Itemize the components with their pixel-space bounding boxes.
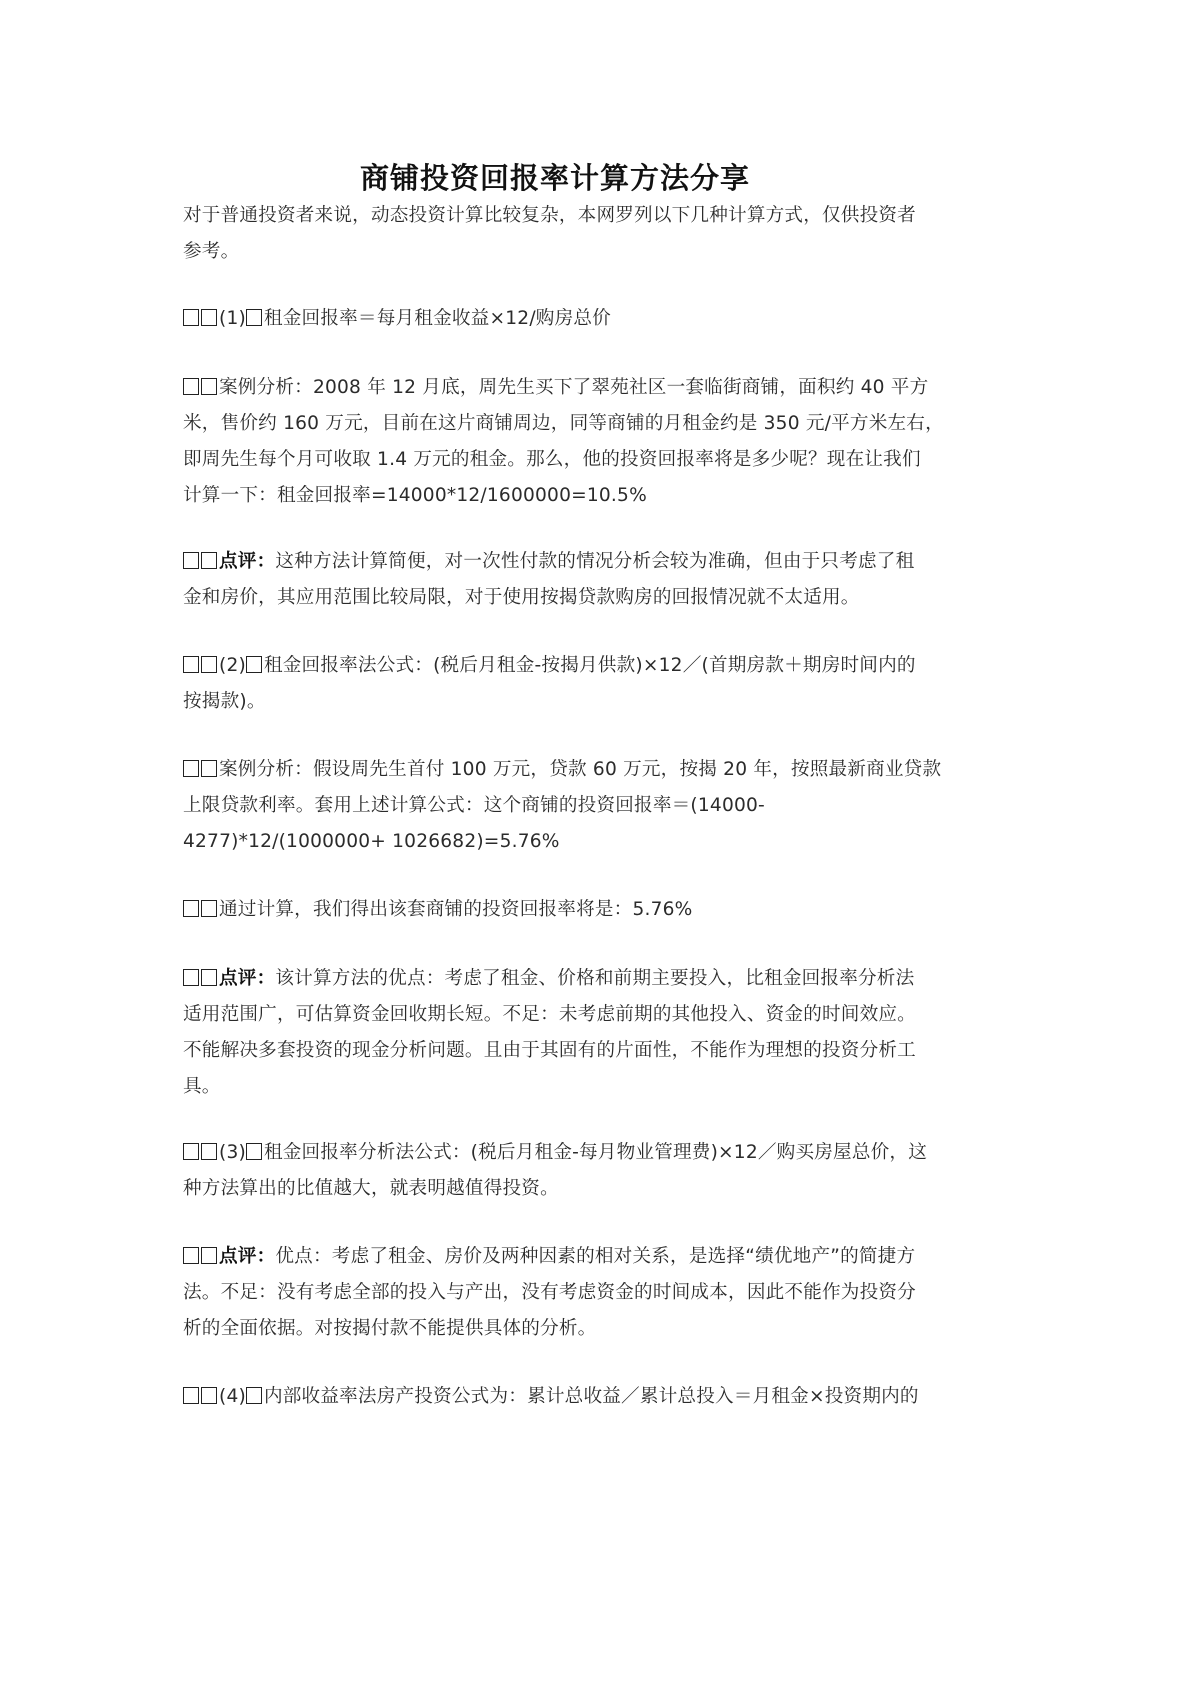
missing-glyph-box	[183, 656, 199, 673]
missing-glyph-box	[246, 656, 262, 673]
text-line: 该计算方法的优点：考虑了租金、价格和前期主要投入，比租金回报率分析法	[275, 968, 914, 989]
missing-glyph-box	[183, 969, 199, 986]
document-page: 商铺投资回报率计算方法分享 对于普通投资者来说，动态投资计算比较复杂，本网罗列以…	[0, 0, 1200, 1697]
text-line: 即周先生每个月可收取 1.4 万元的租金。那么，他的投资回报率将是多少呢？现在让…	[183, 442, 1028, 478]
text-line: 具。	[183, 1069, 1028, 1105]
missing-glyph-box	[201, 552, 217, 569]
section-label: (2)	[219, 655, 246, 676]
missing-glyph-box	[201, 309, 217, 326]
missing-glyph-box	[183, 552, 199, 569]
text-line: 租金回报率法公式：(税后月租金-按揭月供款)×12／(首期房款＋期房时间内的	[264, 655, 916, 676]
missing-glyph-box	[183, 760, 199, 777]
method-4-formula: (4)内部收益率法房产投资公式为：累计总收益／累计总投入＝月租金×投资期内的	[183, 1379, 1028, 1415]
missing-glyph-box	[183, 900, 199, 917]
text-line: 对于普通投资者来说，动态投资计算比较复杂，本网罗列以下几种计算方式，仅供投资者	[183, 198, 1028, 234]
missing-glyph-box	[201, 1387, 217, 1404]
section-label: (1)	[219, 308, 246, 329]
missing-glyph-box	[201, 1247, 217, 1264]
missing-glyph-box	[246, 309, 262, 326]
missing-glyph-box	[183, 1247, 199, 1264]
review-label: 点评：	[219, 551, 275, 572]
method-2-review: 点评：该计算方法的优点：考虑了租金、价格和前期主要投入，比租金回报率分析法 适用…	[183, 961, 1028, 1105]
missing-glyph-box	[183, 378, 199, 395]
missing-glyph-box	[201, 900, 217, 917]
text-line: 种方法算出的比值越大，就表明越值得投资。	[183, 1171, 1028, 1207]
text-line: 租金回报率分析法公式：(税后月租金-每月物业管理费)×12／购买房屋总价，这	[264, 1142, 927, 1163]
text-line: 析的全面依据。对按揭付款不能提供具体的分析。	[183, 1311, 1028, 1347]
document-title: 商铺投资回报率计算方法分享	[0, 156, 1110, 197]
missing-glyph-box	[246, 1387, 262, 1404]
missing-glyph-box	[201, 969, 217, 986]
text-line: 优点：考虑了租金、房价及两种因素的相对关系，是选择“绩优地产”的简捷方	[275, 1246, 915, 1267]
text-line: 通过计算，我们得出该套商铺的投资回报率将是：5.76%	[219, 899, 693, 920]
method-1-formula: (1)租金回报率＝每月租金收益×12/购房总价	[183, 301, 1028, 337]
text-line: 按揭款)。	[183, 684, 1028, 720]
text-line: 不能解决多套投资的现金分析问题。且由于其固有的片面性，不能作为理想的投资分析工	[183, 1033, 1028, 1069]
method-2-result: 通过计算，我们得出该套商铺的投资回报率将是：5.76%	[183, 892, 1028, 928]
method-3-review: 点评：优点：考虑了租金、房价及两种因素的相对关系，是选择“绩优地产”的简捷方 法…	[183, 1239, 1028, 1347]
method-2-case-analysis: 案例分析：假设周先生首付 100 万元，贷款 60 万元，按揭 20 年，按照最…	[183, 752, 1028, 860]
missing-glyph-box	[183, 1143, 199, 1160]
review-label: 点评：	[219, 968, 275, 989]
text-line: 4277)*12/(1000000+ 1026682)=5.76%	[183, 824, 1028, 860]
review-label: 点评：	[219, 1246, 275, 1267]
section-label: (4)	[219, 1386, 246, 1407]
section-label: (3)	[219, 1142, 246, 1163]
text-line: 这种方法计算简便，对一次性付款的情况分析会较为准确，但由于只考虑了租	[275, 551, 914, 572]
intro-paragraph: 对于普通投资者来说，动态投资计算比较复杂，本网罗列以下几种计算方式，仅供投资者 …	[183, 198, 1028, 270]
method-3-formula: (3)租金回报率分析法公式：(税后月租金-每月物业管理费)×12／购买房屋总价，…	[183, 1135, 1028, 1207]
missing-glyph-box	[201, 378, 217, 395]
missing-glyph-box	[246, 1143, 262, 1160]
method-2-formula: (2)租金回报率法公式：(税后月租金-按揭月供款)×12／(首期房款＋期房时间内…	[183, 648, 1028, 720]
text-line: 参考。	[183, 234, 1028, 270]
text-line: 适用范围广，可估算资金回收期长短。不足：未考虑前期的其他投入、资金的时间效应。	[183, 997, 1028, 1033]
text-line: 租金回报率＝每月租金收益×12/购房总价	[264, 308, 611, 329]
text-line: 金和房价，其应用范围比较局限，对于使用按揭贷款购房的回报情况就不太适用。	[183, 580, 1028, 616]
text-line: 内部收益率法房产投资公式为：累计总收益／累计总投入＝月租金×投资期内的	[264, 1386, 919, 1407]
text-line: 计算一下：租金回报率=14000*12/1600000=10.5%	[183, 478, 1028, 514]
missing-glyph-box	[183, 1387, 199, 1404]
missing-glyph-box	[183, 309, 199, 326]
text-line: 米，售价约 160 万元，目前在这片商铺周边，同等商铺的月租金约是 350 元/…	[183, 406, 1028, 442]
missing-glyph-box	[201, 760, 217, 777]
text-line: 上限贷款利率。套用上述计算公式：这个商铺的投资回报率＝(14000-	[183, 788, 1028, 824]
method-1-case-analysis: 案例分析：2008 年 12 月底，周先生买下了翠苑社区一套临街商铺，面积约 4…	[183, 370, 1028, 514]
text-line: 案例分析：2008 年 12 月底，周先生买下了翠苑社区一套临街商铺，面积约 4…	[219, 377, 928, 398]
text-line: 案例分析：假设周先生首付 100 万元，贷款 60 万元，按揭 20 年，按照最…	[219, 759, 941, 780]
missing-glyph-box	[201, 656, 217, 673]
missing-glyph-box	[201, 1143, 217, 1160]
method-1-review: 点评：这种方法计算简便，对一次性付款的情况分析会较为准确，但由于只考虑了租 金和…	[183, 544, 1028, 616]
text-line: 法。不足：没有考虑全部的投入与产出，没有考虑资金的时间成本，因此不能作为投资分	[183, 1275, 1028, 1311]
